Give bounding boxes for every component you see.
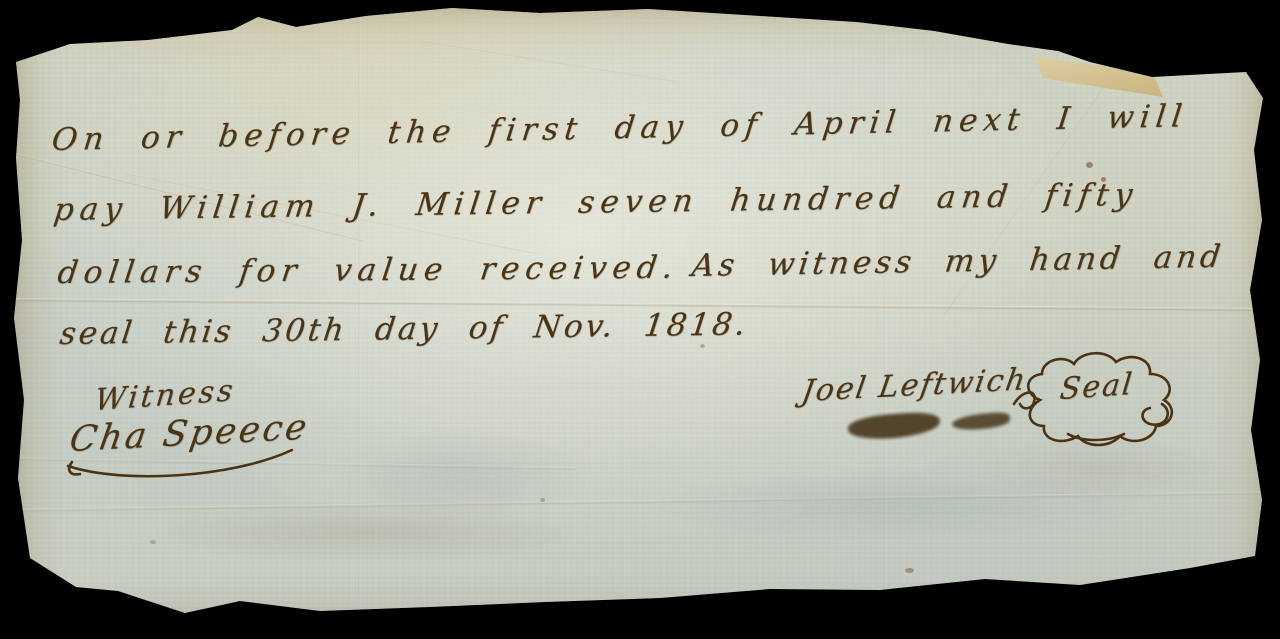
foxing-spot xyxy=(1101,177,1106,182)
ink-showthrough xyxy=(150,505,580,560)
ink-showthrough xyxy=(330,430,590,520)
note-line-3-left: dollars for value received. xyxy=(56,250,681,291)
ink-showthrough xyxy=(640,470,1160,540)
foxing-spot xyxy=(905,568,914,573)
foxing-spot xyxy=(700,344,705,348)
ink-showthrough xyxy=(980,440,1220,500)
scanner-background: On or before the first day of April next… xyxy=(0,0,1280,639)
diagonal-crease xyxy=(421,40,678,83)
foxing-spot xyxy=(540,498,545,502)
ink-blot xyxy=(951,411,1010,432)
note-line-4: seal this 30th day of Nov. 1818. xyxy=(58,306,751,352)
foxing-spot xyxy=(150,540,156,544)
signature-swash xyxy=(62,432,302,482)
folded-corner xyxy=(1035,46,1163,98)
vertical-fold-crease xyxy=(884,2,887,622)
horizontal-fold-crease xyxy=(0,491,1280,513)
promissory-note-paper: On or before the first day of April next… xyxy=(0,0,1280,639)
note-line-3-right: As witness my hand and xyxy=(690,239,1227,284)
foxing-spot xyxy=(1086,162,1093,168)
seal-label: Seal xyxy=(1058,367,1135,407)
note-line-2: pay William J. Miller seven hundred and … xyxy=(52,177,1141,228)
ink-blot xyxy=(847,411,940,441)
maker-signature: Joel Leftwich xyxy=(799,362,1030,409)
note-line-1: On or before the first day of April next… xyxy=(50,98,1190,158)
